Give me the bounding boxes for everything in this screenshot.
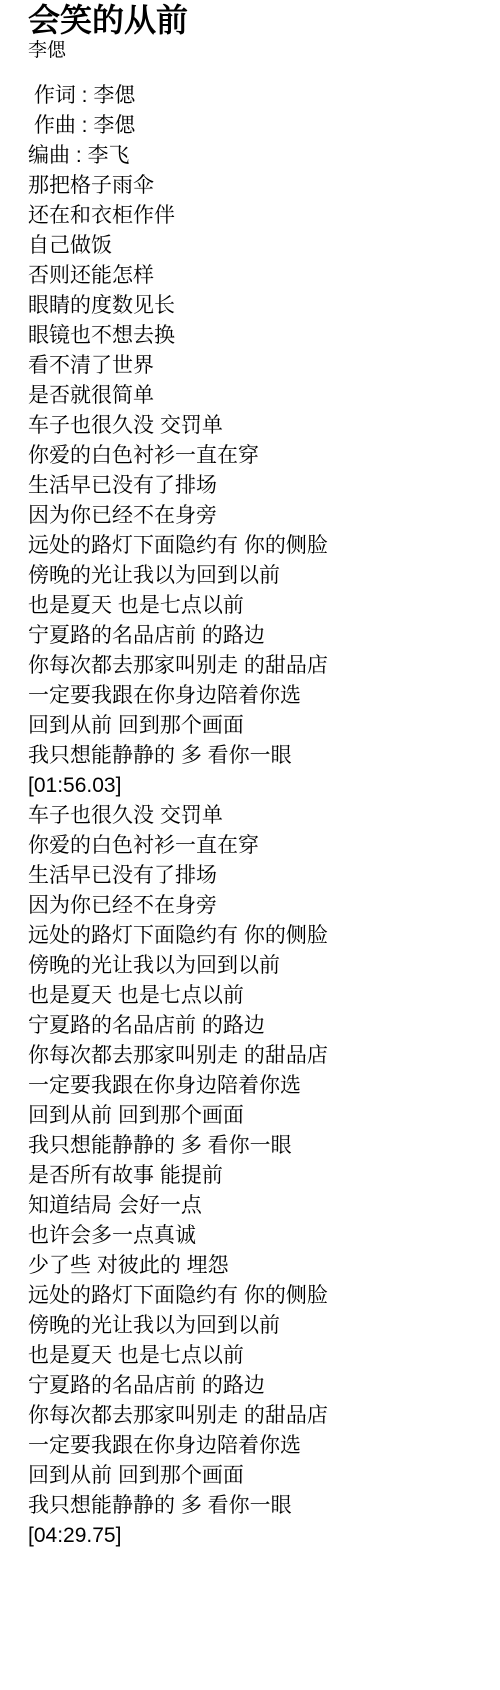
lyric-line: 自己做饭 xyxy=(28,231,488,261)
lyric-line: 宁夏路的名品店前 的路边 xyxy=(28,1371,488,1401)
lyric-line: 你爱的白色衬衫一直在穿 xyxy=(28,441,488,471)
lyric-line: 我只想能静静的 多 看你一眼 xyxy=(28,741,488,771)
lyric-line: 是否所有故事 能提前 xyxy=(28,1161,488,1191)
lyric-line: 因为你已经不在身旁 xyxy=(28,501,488,531)
lyric-line: 车子也很久没 交罚单 xyxy=(28,801,488,831)
lyric-line: 也许会多一点真诚 xyxy=(28,1221,488,1251)
lyric-line: 少了些 对彼此的 埋怨 xyxy=(28,1251,488,1281)
lyric-line: 傍晚的光让我以为回到以前 xyxy=(28,951,488,981)
lyric-line: 我只想能静静的 多 看你一眼 xyxy=(28,1491,488,1521)
lyric-line: 回到从前 回到那个画面 xyxy=(28,1101,488,1131)
lyric-line: 知道结局 会好一点 xyxy=(28,1191,488,1221)
lyric-line: 我只想能静静的 多 看你一眼 xyxy=(28,1131,488,1161)
lyrics-block: 作词 : 李偲 作曲 : 李偲编曲 : 李飞那把格子雨伞还在和衣柜作伴自己做饭否… xyxy=(28,81,488,1551)
lyric-line: 回到从前 回到那个画面 xyxy=(28,711,488,741)
lyric-line: 远处的路灯下面隐约有 你的侧脸 xyxy=(28,531,488,561)
lyric-line: 傍晚的光让我以为回到以前 xyxy=(28,1311,488,1341)
lyric-line: 远处的路灯下面隐约有 你的侧脸 xyxy=(28,921,488,951)
lyric-line: 编曲 : 李飞 xyxy=(28,141,488,171)
lyric-line: 一定要我跟在你身边陪着你选 xyxy=(28,1071,488,1101)
lyric-line: 生活早已没有了排场 xyxy=(28,471,488,501)
song-title: 会笑的从前 xyxy=(28,2,488,38)
artist-name: 李偲 xyxy=(28,38,488,64)
lyric-line: 那把格子雨伞 xyxy=(28,171,488,201)
lyric-line: 生活早已没有了排场 xyxy=(28,861,488,891)
lyric-line: 因为你已经不在身旁 xyxy=(28,891,488,921)
lyric-line: 回到从前 回到那个画面 xyxy=(28,1461,488,1491)
lyric-line: 远处的路灯下面隐约有 你的侧脸 xyxy=(28,1281,488,1311)
lyric-line: 作词 : 李偲 xyxy=(28,81,488,111)
lyric-line: 你每次都去那家叫别走 的甜品店 xyxy=(28,1401,488,1431)
lyric-timestamp: [01:56.03] xyxy=(28,771,488,801)
lyric-line: 宁夏路的名品店前 的路边 xyxy=(28,1011,488,1041)
lyric-line: 一定要我跟在你身边陪着你选 xyxy=(28,681,488,711)
lyric-line: 车子也很久没 交罚单 xyxy=(28,411,488,441)
lyric-timestamp: [04:29.75] xyxy=(28,1521,488,1551)
lyric-line: 一定要我跟在你身边陪着你选 xyxy=(28,1431,488,1461)
lyric-line: 否则还能怎样 xyxy=(28,261,488,291)
lyric-line: 是否就很简单 xyxy=(28,381,488,411)
lyrics-page: 会笑的从前 李偲 作词 : 李偲 作曲 : 李偲编曲 : 李飞那把格子雨伞还在和… xyxy=(0,0,500,1551)
lyric-line: 你每次都去那家叫别走 的甜品店 xyxy=(28,651,488,681)
lyric-line: 眼镜也不想去换 xyxy=(28,321,488,351)
lyric-line: 眼睛的度数见长 xyxy=(28,291,488,321)
lyric-line: 还在和衣柜作伴 xyxy=(28,201,488,231)
lyric-line: 也是夏天 也是七点以前 xyxy=(28,1341,488,1371)
lyric-line: 傍晚的光让我以为回到以前 xyxy=(28,561,488,591)
lyric-line: 作曲 : 李偲 xyxy=(28,111,488,141)
lyric-line: 看不清了世界 xyxy=(28,351,488,381)
lyric-line: 你爱的白色衬衫一直在穿 xyxy=(28,831,488,861)
lyric-line: 宁夏路的名品店前 的路边 xyxy=(28,621,488,651)
lyric-line: 也是夏天 也是七点以前 xyxy=(28,591,488,621)
lyric-line: 也是夏天 也是七点以前 xyxy=(28,981,488,1011)
lyric-line: 你每次都去那家叫别走 的甜品店 xyxy=(28,1041,488,1071)
